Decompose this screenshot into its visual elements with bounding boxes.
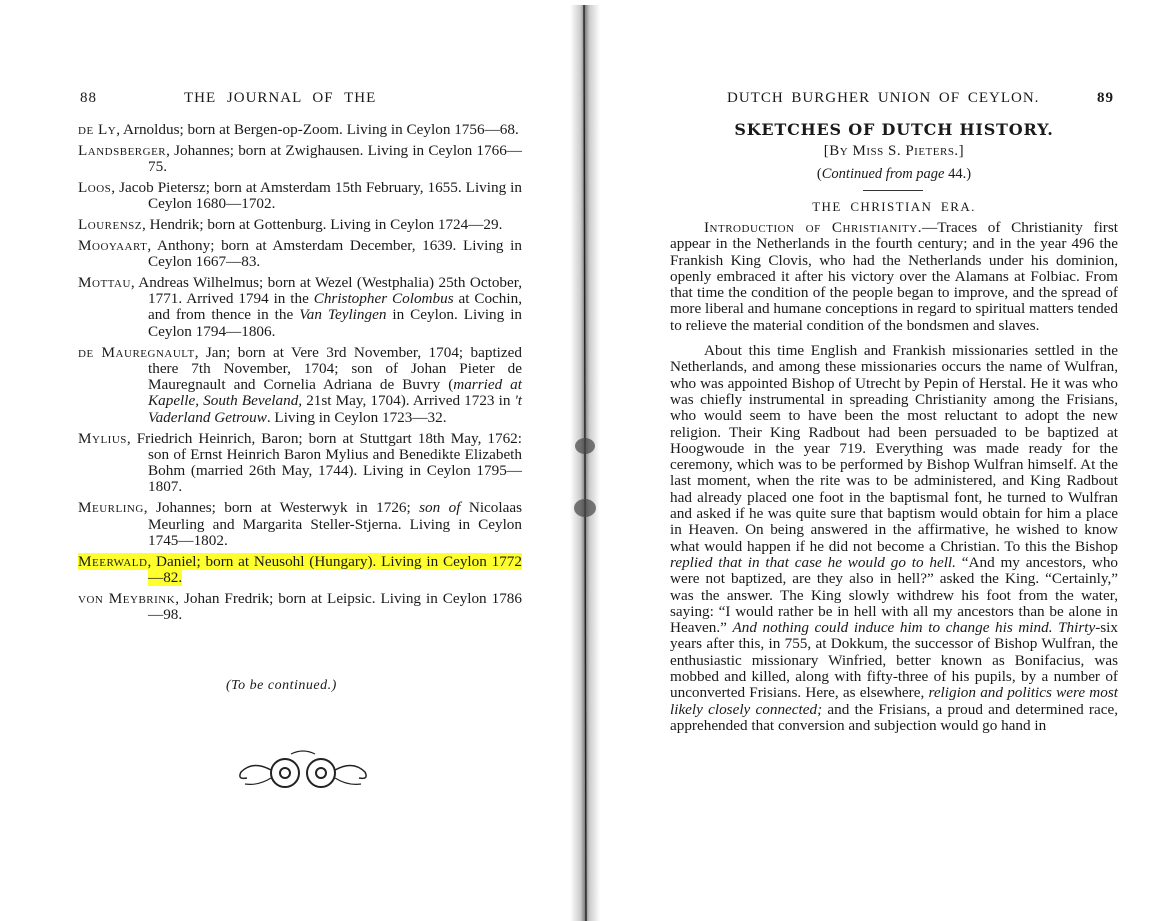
entry-text: , Johan Fredrik; born at Leipsic. Living… [148,590,522,623]
entry-text: 21st May, 1704). Arrived 1723 in [302,392,514,409]
section-heading: THE CHRISTIAN ERA. [670,199,1118,215]
surname: von Meybrink [78,590,175,607]
entry-text: , Hendrik; born at Gottenburg. Living in… [142,216,502,233]
entry-meerwald-highlighted: Meerwald, Daniel; born at Neusohl (Hunga… [78,554,522,587]
entry-mooyaart: Mooyaart, Anthony; born at Amsterdam Dec… [78,238,522,271]
entry-lourensz: Lourensz, Hendrik; born at Gottenburg. L… [78,217,522,233]
paragraph-text-italic: replied that in that case he would go to… [670,554,956,571]
left-header-title: THE JOURNAL OF THE [184,90,376,107]
continued-from-note: (Continued from page 44.) [670,166,1118,183]
article-body: Introduction of Christianity.—Traces of … [670,220,1118,743]
entry-de-ly: de Ly, Arnoldus; born at Bergen-op-Zoom.… [78,122,522,138]
continued-from-page: 44 [944,166,962,182]
section-divider [863,190,923,191]
entry-meurling: Meurling, Johannes; born at Westerwyk in… [78,500,522,549]
entry-text: , Anthony; born at Amsterdam December, 1… [147,237,522,270]
entry-text: , Johannes; born at Zwighausen. Living i… [148,142,522,175]
surname: Meerwald [78,553,147,570]
page-number-right: 89 [1097,90,1114,107]
surname: Lourensz [78,216,142,233]
surname: Mylius [78,430,127,447]
paragraph-2: About this time English and Frankish mis… [670,343,1118,734]
paragraph-text: —Traces of Christianity first appear in … [670,219,1118,334]
author-byline: [By Miss S. Pieters.] [670,143,1118,160]
surname: de Mauregnault [78,344,195,361]
page-number-left: 88 [80,90,97,107]
surname: Meurling [78,499,144,516]
entry-von-meybrink: von Meybrink, Johan Fredrik; born at Lei… [78,591,522,624]
paragraph-text: About this time English and Frankish mis… [670,342,1118,555]
entry-loos: Loos, Jacob Pietersz; born at Amsterdam … [78,180,522,213]
entry-mottau: Mottau, Andreas Wilhelmus; born at Wezel… [78,275,522,340]
ship-name: Van Teylingen [299,306,386,323]
highlighted-text: , Daniel; born at Neusohl (Hungary). Liv… [147,553,522,586]
scroll-ornament-icon [233,740,373,795]
entry-landsberger: Landsberger, Johannes; born at Zwighause… [78,143,522,176]
entry-text: , Jacob Pietersz; born at Amsterdam 15th… [111,179,522,212]
paragraph-1: Introduction of Christianity.—Traces of … [670,220,1118,334]
entry-text: , Arnoldus; born at Bergen-op-Zoom. Livi… [116,121,519,138]
continued-from-text: Continued from page [822,166,945,182]
entry-mylius: Mylius, Friedrich Heinrich, Baron; born … [78,431,522,496]
paren-close: .) [963,166,971,182]
paragraph-text-italic: Thirty- [1053,619,1101,636]
surname: Mooyaart [78,237,147,254]
article-title: SKETCHES OF DUTCH HISTORY. [670,120,1118,139]
ship-name: Christopher Colombus [314,290,454,307]
surname: Landsberger [78,142,166,159]
to-be-continued-note: (To be continued.) [226,678,337,694]
entry-text: , Friedrich Heinrich, Baron; born at Stu… [127,430,522,496]
entry-de-mauregnault: de Mauregnault, Jan; born at Vere 3rd No… [78,345,522,426]
entry-text-italic: son of [419,499,460,516]
book-spine-gutter [570,0,600,921]
paragraph-heading: Introduction of Christianity. [704,219,922,236]
entry-text: . Living in Ceylon 1723—32. [267,409,447,426]
paragraph-text-italic: And nothing could induce him to change h… [733,619,1053,636]
right-header-title: DUTCH BURGHER UNION OF CEYLON. [727,90,1039,107]
surname: Mottau [78,274,131,291]
biographical-entries: de Ly, Arnoldus; born at Bergen-op-Zoom.… [78,122,522,628]
surname: Loos [78,179,111,196]
entry-text: , Johannes; born at Westerwyk in 1726; [144,499,419,516]
surname: de Ly [78,121,116,138]
